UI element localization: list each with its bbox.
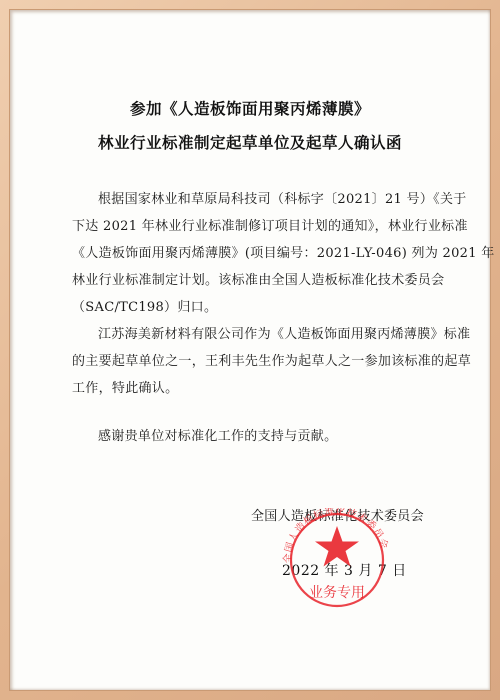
paragraph-1: 根据国家林业和草原局科技司（科标字〔2021〕21 号）《关于 下达 2021 …: [72, 186, 464, 321]
document-title-line1: 参加《人造板饰面用聚丙烯薄膜》: [10, 97, 490, 119]
paragraph-2-line: 工作，特此确认。: [72, 375, 464, 402]
paragraph-2: 江苏海美新材料有限公司作为《人造板饰面用聚丙烯薄膜》标准 的主要起草单位之一，王…: [72, 321, 464, 402]
document-date: 2022 年 3 月 7 日: [282, 560, 407, 580]
paragraph-2-line: 江苏海美新材料有限公司作为《人造板饰面用聚丙烯薄膜》标准: [72, 321, 464, 348]
wooden-frame: 参加《人造板饰面用聚丙烯薄膜》 林业行业标准制定起草单位及起草人确认函 根据国家…: [0, 0, 500, 700]
document-title-line2: 林业行业标准制定起草单位及起草人确认函: [10, 131, 490, 153]
paragraph-1-line: 下达 2021 年林业行业标准制修订项目计划的通知》，林业行业标准: [72, 213, 464, 240]
paragraph-1-line: 林业行业标准制定计划。该标准由全国人造板标准化技术委员会: [72, 267, 464, 294]
paragraph-3: 感谢贵单位对标准化工作的支持与贡献。: [72, 423, 464, 450]
paragraph-1-line: 根据国家林业和草原局科技司（科标字〔2021〕21 号）《关于: [72, 186, 464, 213]
paragraph-1-line: 《人造板饰面用聚丙烯薄膜》(项目编号：2021-LY-046) 列为 2021 …: [72, 240, 464, 267]
document-paper: 参加《人造板饰面用聚丙烯薄膜》 林业行业标准制定起草单位及起草人确认函 根据国家…: [9, 9, 491, 691]
thanks-line: 感谢贵单位对标准化工作的支持与贡献。: [72, 423, 464, 450]
paragraph-1-line: （SAC/TC198）归口。: [72, 294, 464, 321]
signature-organization: 全国人造板标准化技术委员会: [251, 505, 424, 524]
paragraph-2-line: 的主要起草单位之一，王利丰先生作为起草人之一参加该标准的起草: [72, 348, 464, 375]
